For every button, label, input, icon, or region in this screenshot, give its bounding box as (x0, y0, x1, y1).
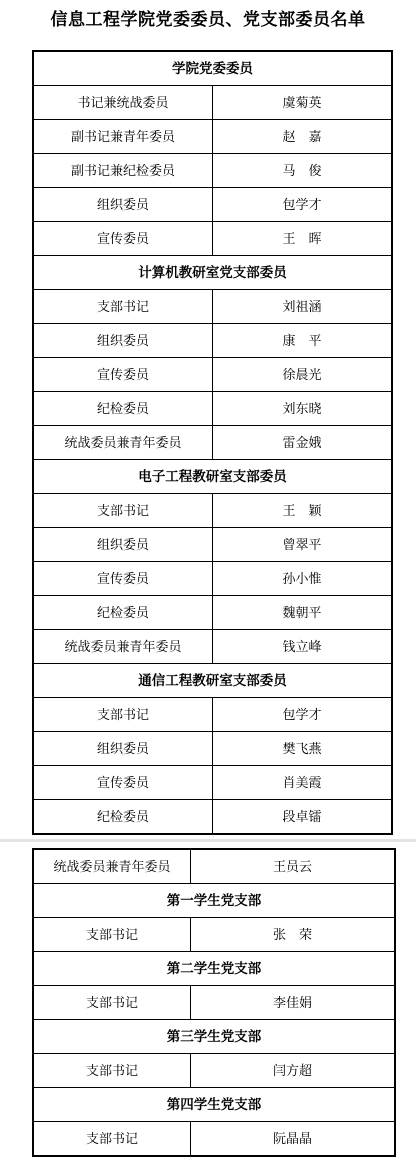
name-cell: 王员云 (191, 849, 396, 884)
name-cell: 樊飞燕 (213, 732, 393, 766)
member-row: 组织委员包学才 (33, 188, 392, 222)
name-cell: 闫方超 (191, 1054, 396, 1088)
member-row: 副书记兼青年委员赵 嘉 (33, 120, 392, 154)
position-cell: 支部书记 (33, 494, 213, 528)
position-cell: 统战委员兼青年委员 (33, 426, 213, 460)
position-cell: 支部书记 (33, 918, 191, 952)
position-cell: 统战委员兼青年委员 (33, 630, 213, 664)
position-cell: 组织委员 (33, 324, 213, 358)
name-cell: 刘祖涵 (213, 290, 393, 324)
member-row: 支部书记张 荣 (33, 918, 395, 952)
member-row: 组织委员曾翠平 (33, 528, 392, 562)
name-cell: 赵 嘉 (213, 120, 393, 154)
member-row: 支部书记闫方超 (33, 1054, 395, 1088)
member-row: 支部书记王 颖 (33, 494, 392, 528)
name-cell: 刘东晓 (213, 392, 393, 426)
name-cell: 李佳娟 (191, 986, 396, 1020)
name-cell: 段卓镭 (213, 800, 393, 835)
section-header-cell: 学院党委委员 (33, 51, 392, 86)
member-row: 宣传委员孙小惟 (33, 562, 392, 596)
position-cell: 支部书记 (33, 1054, 191, 1088)
section-header-cell: 通信工程教研室支部委员 (33, 664, 392, 698)
position-cell: 纪检委员 (33, 800, 213, 835)
member-row: 纪检委员魏朝平 (33, 596, 392, 630)
committee-table-page2: 统战委员兼青年委员王员云第一学生党支部支部书记张 荣第二学生党支部支部书记李佳娟… (32, 848, 396, 1157)
name-cell: 王 晖 (213, 222, 393, 256)
name-cell: 孙小惟 (213, 562, 393, 596)
member-row: 统战委员兼青年委员钱立峰 (33, 630, 392, 664)
name-cell: 魏朝平 (213, 596, 393, 630)
name-cell: 王 颖 (213, 494, 393, 528)
section-header-cell: 第三学生党支部 (33, 1020, 395, 1054)
name-cell: 康 平 (213, 324, 393, 358)
name-cell: 张 荣 (191, 918, 396, 952)
section-header-row: 第四学生党支部 (33, 1088, 395, 1122)
position-cell: 支部书记 (33, 986, 191, 1020)
document-page: 信息工程学院党委委员、党支部委员名单 学院党委委员书记兼统战委员虞菊英副书记兼青… (0, 0, 416, 1157)
section-header-row: 电子工程教研室支部委员 (33, 460, 392, 494)
position-cell: 支部书记 (33, 290, 213, 324)
position-cell: 组织委员 (33, 528, 213, 562)
section-header-cell: 计算机教研室党支部委员 (33, 256, 392, 290)
member-row: 支部书记李佳娟 (33, 986, 395, 1020)
section-header-cell: 第二学生党支部 (33, 952, 395, 986)
name-cell: 雷金娥 (213, 426, 393, 460)
member-row: 书记兼统战委员虞菊英 (33, 86, 392, 120)
name-cell: 阮晶晶 (191, 1122, 396, 1157)
name-cell: 虞菊英 (213, 86, 393, 120)
position-cell: 宣传委员 (33, 562, 213, 596)
position-cell: 支部书记 (33, 1122, 191, 1157)
section-header-cell: 第四学生党支部 (33, 1088, 395, 1122)
section-header-row: 第三学生党支部 (33, 1020, 395, 1054)
member-row: 支部书记阮晶晶 (33, 1122, 395, 1157)
member-row: 统战委员兼青年委员雷金娥 (33, 426, 392, 460)
committee-table-page2-body: 统战委员兼青年委员王员云第一学生党支部支部书记张 荣第二学生党支部支部书记李佳娟… (33, 849, 395, 1156)
name-cell: 徐晨光 (213, 358, 393, 392)
page-title: 信息工程学院党委委员、党支部委员名单 (0, 0, 416, 30)
member-row: 宣传委员王 晖 (33, 222, 392, 256)
section-header-cell: 电子工程教研室支部委员 (33, 460, 392, 494)
name-cell: 包学才 (213, 698, 393, 732)
position-cell: 统战委员兼青年委员 (33, 849, 191, 884)
name-cell: 马 俊 (213, 154, 393, 188)
position-cell: 组织委员 (33, 732, 213, 766)
member-row: 支部书记包学才 (33, 698, 392, 732)
position-cell: 纪检委员 (33, 392, 213, 426)
member-row: 组织委员康 平 (33, 324, 392, 358)
position-cell: 副书记兼青年委员 (33, 120, 213, 154)
position-cell: 副书记兼纪检委员 (33, 154, 213, 188)
section-header-row: 通信工程教研室支部委员 (33, 664, 392, 698)
committee-table-page1-body: 学院党委委员书记兼统战委员虞菊英副书记兼青年委员赵 嘉副书记兼纪检委员马 俊组织… (33, 51, 392, 834)
member-row: 宣传委员肖美霞 (33, 766, 392, 800)
section-header-row: 学院党委委员 (33, 51, 392, 86)
position-cell: 书记兼统战委员 (33, 86, 213, 120)
member-row: 统战委员兼青年委员王员云 (33, 849, 395, 884)
section-header-row: 第一学生党支部 (33, 884, 395, 918)
section-header-cell: 第一学生党支部 (33, 884, 395, 918)
committee-table-page1: 学院党委委员书记兼统战委员虞菊英副书记兼青年委员赵 嘉副书记兼纪检委员马 俊组织… (32, 50, 393, 835)
name-cell: 钱立峰 (213, 630, 393, 664)
position-cell: 宣传委员 (33, 766, 213, 800)
member-row: 副书记兼纪检委员马 俊 (33, 154, 392, 188)
position-cell: 纪检委员 (33, 596, 213, 630)
page-break-gap (0, 835, 416, 848)
member-row: 宣传委员徐晨光 (33, 358, 392, 392)
name-cell: 包学才 (213, 188, 393, 222)
section-header-row: 第二学生党支部 (33, 952, 395, 986)
member-row: 支部书记刘祖涵 (33, 290, 392, 324)
section-header-row: 计算机教研室党支部委员 (33, 256, 392, 290)
position-cell: 支部书记 (33, 698, 213, 732)
position-cell: 宣传委员 (33, 358, 213, 392)
page-break-divider-line (0, 839, 416, 842)
name-cell: 肖美霞 (213, 766, 393, 800)
position-cell: 宣传委员 (33, 222, 213, 256)
member-row: 组织委员樊飞燕 (33, 732, 392, 766)
name-cell: 曾翠平 (213, 528, 393, 562)
member-row: 纪检委员段卓镭 (33, 800, 392, 835)
position-cell: 组织委员 (33, 188, 213, 222)
member-row: 纪检委员刘东晓 (33, 392, 392, 426)
